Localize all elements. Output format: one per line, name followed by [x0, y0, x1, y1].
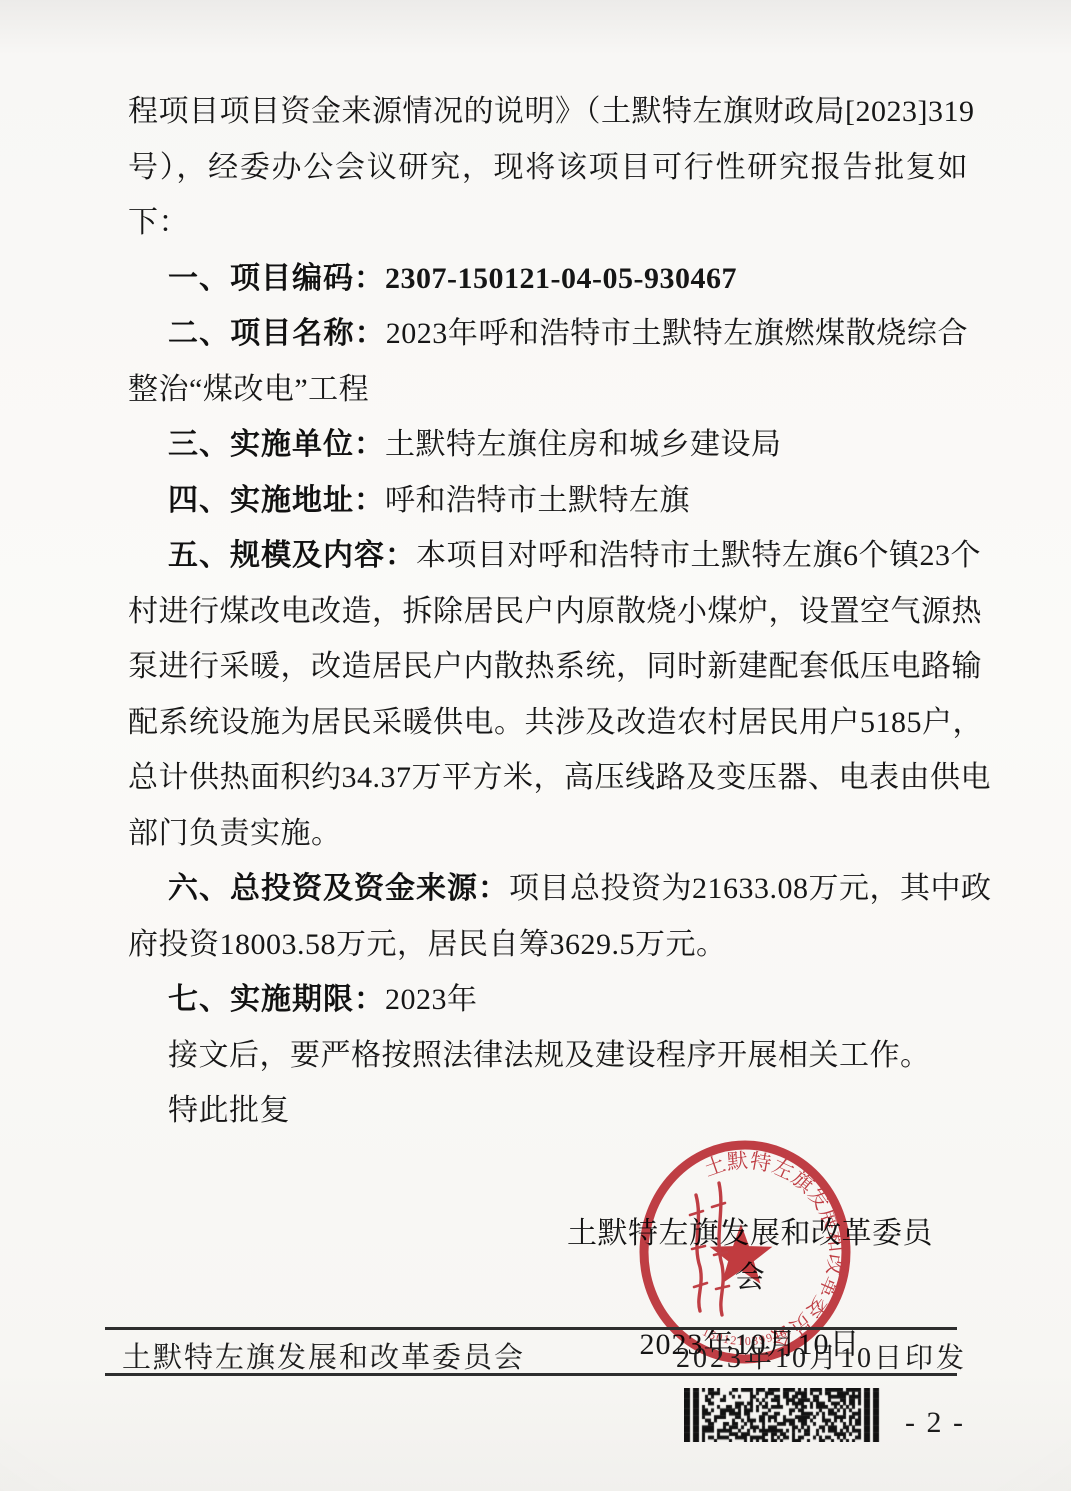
body-line: 五、规模及内容：本项目对呼和浩特市土默特左旗6个镇23个 — [128, 528, 968, 584]
line-text: 2023年 — [385, 983, 478, 1016]
body-line: 六、总投资及资金来源：项目总投资为21633.08万元，其中政 — [128, 861, 968, 917]
body-line: 四、实施地址：呼和浩特市土默特左旗 — [128, 473, 968, 529]
body-line: 下： — [128, 195, 968, 251]
body-line: 接文后，要严格按照法律法规及建设程序开展相关工作。 — [128, 1028, 968, 1084]
document-page: 程项目项目资金来源情况的说明》（土默特左旗财政局[2023]319 号），经委办… — [0, 0, 1071, 1491]
line-text: 程项目项目资金来源情况的说明》（土默特左旗财政局[2023]319 — [128, 95, 974, 128]
body-line: 整治“煤改电”工程 — [128, 362, 968, 418]
line-text: 项目总投资为21633.08万元，其中政 — [509, 872, 992, 905]
body-line: 二、项目名称：2023年呼和浩特市土默特左旗燃煤散烧综合 — [128, 306, 968, 362]
line-text: 府投资18003.58万元，居民自筹3629.5万元。 — [128, 928, 727, 961]
body-line: 特此批复 — [128, 1083, 968, 1139]
section-label: 七、实施期限： — [168, 983, 385, 1016]
line-text: 号），经委办公会议研究，现将该项目可行性研究报告批复如 — [128, 151, 968, 184]
footer-issuing-org: 土默特左旗发展和改革委员会 — [122, 1335, 525, 1376]
section-label: 二、项目名称： — [168, 317, 386, 350]
document-body: 程项目项目资金来源情况的说明》（土默特左旗财政局[2023]319 号），经委办… — [128, 84, 968, 1139]
line-text: 下： — [128, 206, 189, 239]
line-text: 2307-150121-04-05-930467 — [385, 262, 737, 295]
line-text: 总计供热面积约34.37万平方米，高压线路及变压器、电表由供电 — [128, 761, 991, 794]
body-line: 村进行煤改电改造，拆除居民户内原散烧小煤炉，设置空气源热 — [128, 584, 968, 640]
line-text: 呼和浩特市土默特左旗 — [385, 484, 690, 517]
body-line: 总计供热面积约34.37万平方米，高压线路及变压器、电表由供电 — [128, 750, 968, 806]
body-line: 三、实施单位：土默特左旗住房和城乡建设局 — [128, 417, 968, 473]
section-label: 五、规模及内容： — [168, 539, 416, 572]
line-text: 村进行煤改电改造，拆除居民户内原散烧小煤炉，设置空气源热 — [128, 595, 982, 628]
barcode — [684, 1388, 880, 1442]
section-label: 四、实施地址： — [168, 484, 385, 517]
body-line: 配系统设施为居民采暖供电。共涉及改造农村居民用户5185户， — [128, 695, 968, 751]
footer-rule-bottom — [105, 1373, 957, 1376]
body-line: 部门负责实施。 — [128, 806, 968, 862]
line-text: 泵进行采暖，改造居民户内散热系统，同时新建配套低压电路输 — [128, 650, 982, 683]
section-label: 一、项目编码： — [168, 262, 385, 295]
official-seal: 土默特左旗发展和改革委员会 150121039948 — [630, 1137, 860, 1367]
line-text: 本项目对呼和浩特市土默特左旗6个镇23个 — [416, 539, 981, 572]
body-line: 程项目项目资金来源情况的说明》（土默特左旗财政局[2023]319 — [128, 84, 968, 140]
line-text: 土默特左旗住房和城乡建设局 — [385, 428, 782, 461]
body-line: 一、项目编码：2307-150121-04-05-930467 — [128, 251, 968, 307]
body-line: 府投资18003.58万元，居民自筹3629.5万元。 — [128, 917, 968, 973]
line-text: 部门负责实施。 — [128, 817, 342, 850]
section-label: 三、实施单位： — [168, 428, 385, 461]
line-text: 2023年呼和浩特市土默特左旗燃煤散烧综合 — [386, 317, 968, 350]
footer-print-date: 2023年10月10日印发 — [676, 1336, 967, 1376]
body-line: 泵进行采暖，改造居民户内散热系统，同时新建配套低压电路输 — [128, 639, 968, 695]
page-number: - 2 - — [898, 1406, 972, 1440]
body-line: 号），经委办公会议研究，现将该项目可行性研究报告批复如 — [128, 140, 968, 196]
line-text: 特此批复 — [168, 1094, 290, 1127]
line-text: 接文后，要严格按照法律法规及建设程序开展相关工作。 — [168, 1039, 931, 1072]
body-line: 七、实施期限：2023年 — [128, 972, 968, 1028]
footer-rule-top — [105, 1327, 957, 1330]
line-text: 整治“煤改电”工程 — [128, 373, 369, 406]
section-label: 六、总投资及资金来源： — [168, 872, 509, 905]
line-text: 配系统设施为居民采暖供电。共涉及改造农村居民用户5185户， — [128, 706, 983, 739]
